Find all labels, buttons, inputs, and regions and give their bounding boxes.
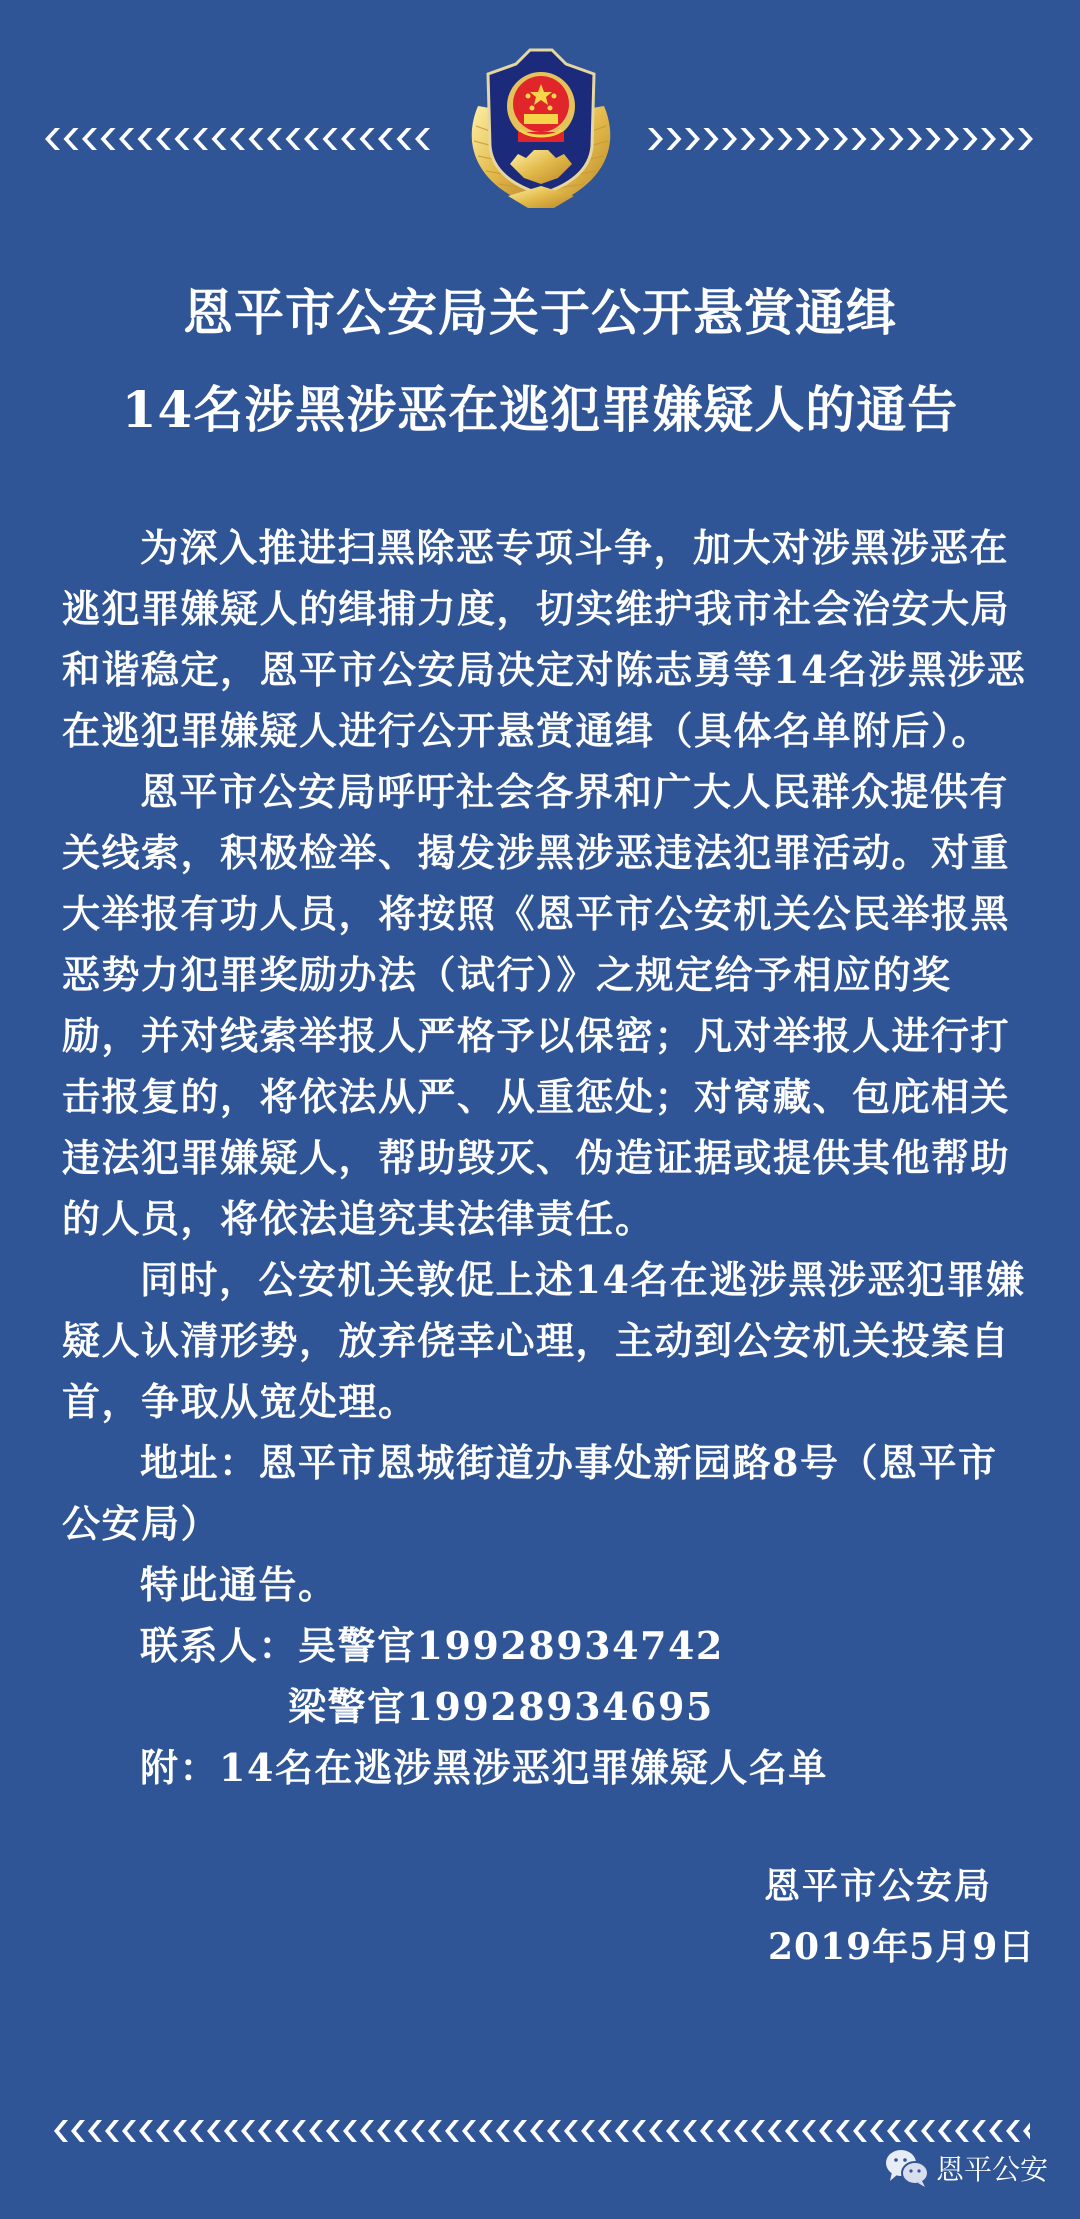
- paragraph-1-line: 为深入推进扫黑除恶专项斗争，加大对涉黑涉恶在: [62, 517, 1022, 578]
- chevron-left-icon: [52, 2120, 1030, 2142]
- paragraph-2-line: 恶势力犯罪奖励办法（试行）》之规定给予相应的奖: [62, 944, 1022, 1005]
- police-badge-icon: [458, 46, 624, 210]
- contact-line-2: 梁警官19928934695: [62, 1676, 1022, 1737]
- paragraph-2-line: 励，并对线索举报人严格予以保密；凡对举报人进行打: [62, 1005, 1022, 1066]
- paragraph-3-line: 疑人认清形势，放弃侥幸心理，主动到公安机关投案自: [62, 1310, 1022, 1371]
- notice-title-line-1: 恩平市公安局关于公开悬赏通缉: [0, 283, 1080, 343]
- chevron-left-icon: [43, 128, 433, 150]
- top-right-chevron-band: [647, 128, 1037, 150]
- paragraph-3-line: 同时，公安机关敦促上述14名在逃涉黑涉恶犯罪嫌: [62, 1249, 1022, 1310]
- notice-title-line-2: 14名涉黑涉恶在逃犯罪嫌疑人的通告: [0, 380, 1080, 440]
- notice-body: 为深入推进扫黑除恶专项斗争，加大对涉黑涉恶在 逃犯罪嫌疑人的缉捕力度，切实维护我…: [62, 517, 1022, 1798]
- wechat-icon: [884, 2148, 930, 2188]
- paragraph-2-line: 击报复的，将依法从严、从重惩处；对窝藏、包庇相关: [62, 1066, 1022, 1127]
- issue-date: 2019年5月9日: [768, 1917, 1035, 1978]
- wechat-watermark: 恩平公安: [884, 2148, 1048, 2188]
- closing-line: 特此通告。: [62, 1554, 1022, 1615]
- chevron-right-icon: [647, 128, 1037, 150]
- paragraph-3-line: 首，争取从宽处理。: [62, 1371, 1022, 1432]
- top-left-chevron-band: [43, 128, 433, 150]
- police-emblem: [458, 46, 624, 210]
- paragraph-2-line: 关线索，积极检举、揭发涉黑涉恶违法犯罪活动。对重: [62, 822, 1022, 883]
- issuer-name: 恩平市公安局: [764, 1856, 992, 1917]
- paragraph-2-line: 违法犯罪嫌疑人，帮助毁灭、伪造证据或提供其他帮助: [62, 1127, 1022, 1188]
- address-line: 地址：恩平市恩城街道办事处新园路8号（恩平市: [62, 1432, 1022, 1493]
- address-line: 公安局）: [62, 1493, 1022, 1554]
- bottom-chevron-band: [52, 2120, 1030, 2142]
- watermark-text: 恩平公安: [936, 2148, 1048, 2188]
- paragraph-2-line: 恩平市公安局呼吁社会各界和广大人民群众提供有: [62, 761, 1022, 822]
- paragraph-2-line: 的人员，将依法追究其法律责任。: [62, 1188, 1022, 1249]
- attachment-line: 附：14名在逃涉黑涉恶犯罪嫌疑人名单: [62, 1737, 1022, 1798]
- contact-line-1: 联系人：吴警官19928934742: [62, 1615, 1022, 1676]
- paragraph-1-line: 在逃犯罪嫌疑人进行公开悬赏通缉（具体名单附后）。: [62, 700, 1022, 761]
- paragraph-1-line: 逃犯罪嫌疑人的缉捕力度，切实维护我市社会治安大局: [62, 578, 1022, 639]
- paragraph-1-line: 和谐稳定，恩平市公安局决定对陈志勇等14名涉黑涉恶: [62, 639, 1022, 700]
- paragraph-2-line: 大举报有功人员，将按照《恩平市公安机关公民举报黑: [62, 883, 1022, 944]
